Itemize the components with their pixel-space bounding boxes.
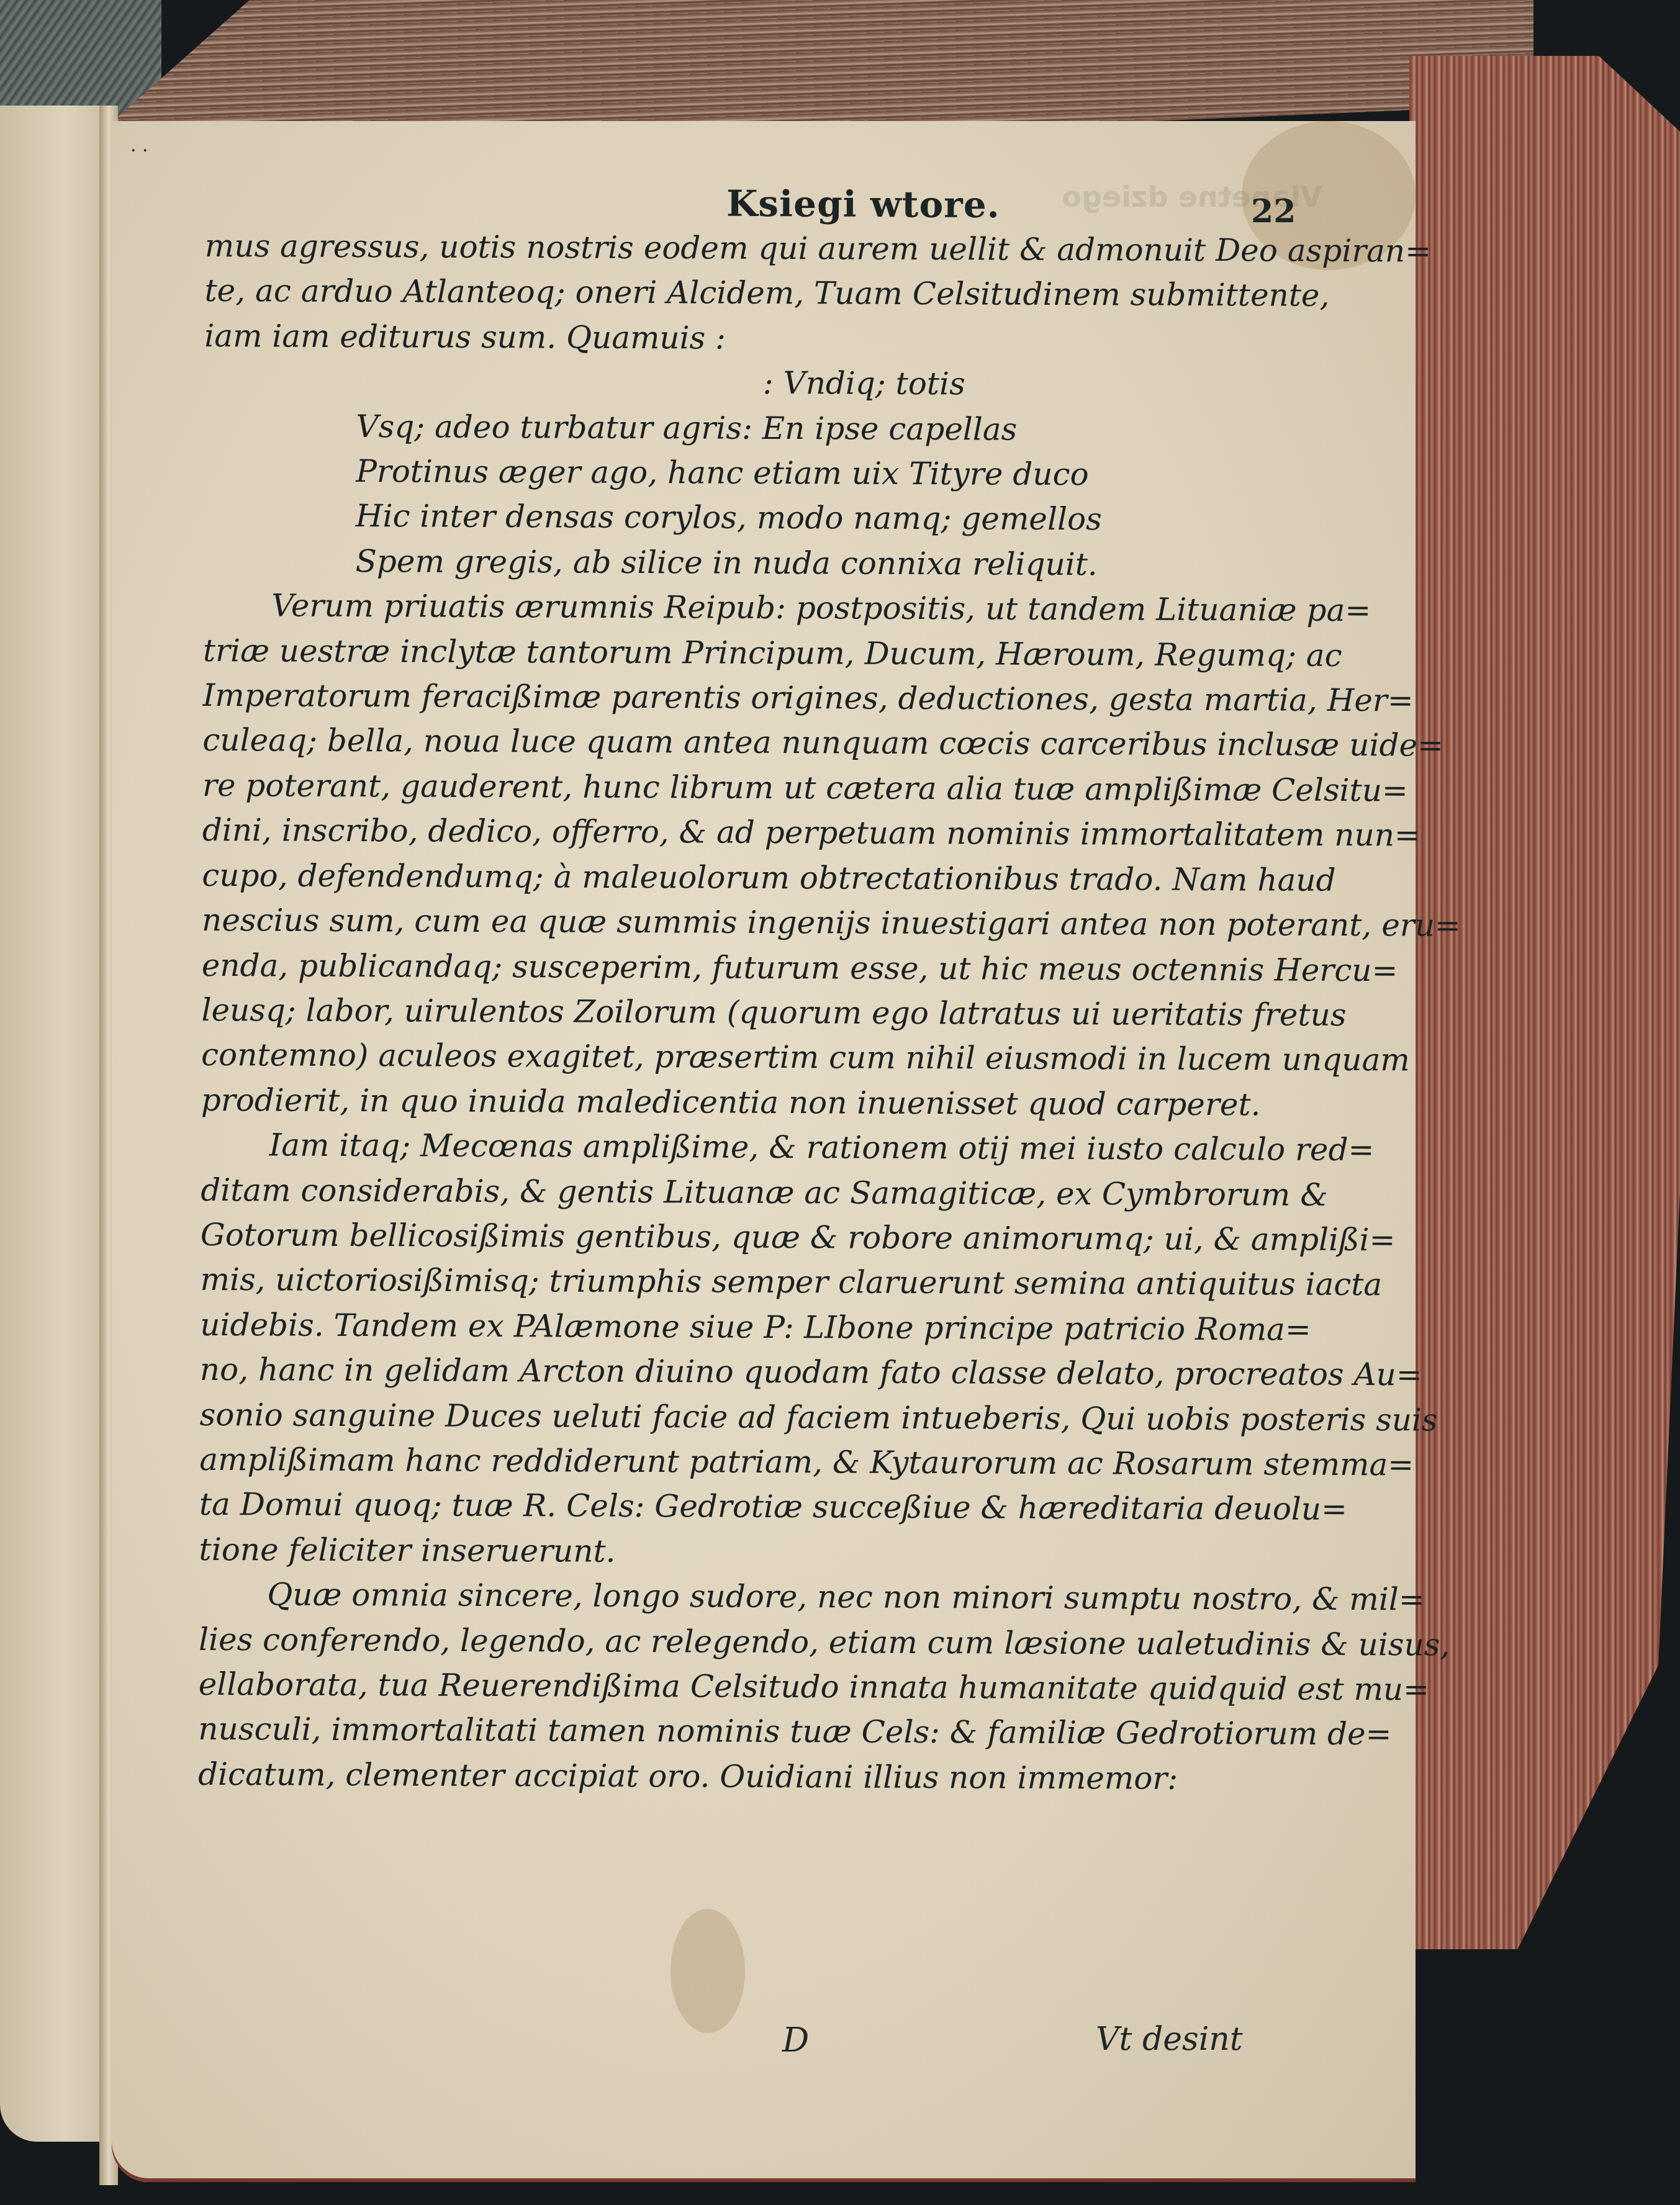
text-line: uidebis. Tandem ex PAlæmone siue P: LIbo…	[200, 1302, 1246, 1352]
text-line: Gotorum bellicosißimis gentibus, quæ & r…	[201, 1212, 1247, 1262]
text-line: mus agressus, uotis nostris eodem qui au…	[205, 223, 1251, 273]
text-line: sonio sanguine Duces ueluti facie ad fac…	[199, 1392, 1245, 1442]
text-line: Vsq; adeo turbatur agris: En ipse capell…	[204, 404, 1250, 453]
text-line: no, hanc in gelidam Arcton diuino quodam…	[200, 1347, 1246, 1397]
text-line: leusq; labor, uirulentos Zoilorum (quoru…	[201, 988, 1247, 1037]
text-line: ellaborata, tua Reuerendißima Celsitudo …	[199, 1662, 1245, 1711]
text-line: iam iam editurus sum. Quamuis :	[204, 313, 1250, 363]
text-line: re poterant, gauderent, hunc librum ut c…	[202, 763, 1249, 813]
text-line: dini, inscribo, dedico, offerro, & ad pe…	[202, 808, 1249, 857]
text-line: te, ac arduo Atlanteoq; oneri Alcidem, T…	[204, 268, 1250, 318]
text-line: prodierit, in quo inuida maledicentia no…	[201, 1078, 1247, 1127]
text-line: dicatum, clementer accipiat oro. Ouidian…	[198, 1752, 1244, 1801]
catchword: Vt desint	[1096, 2021, 1243, 2058]
text-line: mis, uictoriosißimisq; triumphis semper …	[200, 1257, 1246, 1307]
text-line: tione feliciter inseruerunt.	[199, 1527, 1245, 1577]
text-line: Imperatorum feracißimæ parentis origines…	[203, 673, 1249, 723]
text-line: Spem gregis, ab silice in nuda connixa r…	[203, 538, 1249, 588]
text-line: culeaq; bella, noua luce quam antea nunq…	[202, 718, 1249, 767]
text-line: Verum priuatis ærumnis Reipub: postposit…	[203, 583, 1249, 633]
text-line: Protinus æger ago, hanc etiam uix Tityre…	[204, 448, 1250, 498]
text-line: Hic inter densas corylos, modo namq; gem…	[204, 493, 1250, 543]
folio-number: 22	[1251, 192, 1296, 230]
text-line: nusculi, immortalitati tamen nominis tuæ…	[198, 1707, 1244, 1756]
recto-page: Vlanetne dziego · · Ksiegi wtore. 22 mus…	[112, 121, 1416, 2182]
margin-marks: · ·	[130, 140, 148, 161]
ink-stain	[671, 1909, 745, 2033]
text-line: Iam itaq; Mecœnas amplißime, & rationem …	[201, 1122, 1247, 1172]
verso-page-edge	[0, 106, 109, 2142]
running-head: Ksiegi wtore.	[726, 183, 1000, 226]
text-line: amplißimam hanc reddiderunt patriam, & K…	[199, 1437, 1245, 1487]
text-line: cupo, defendendumq; à maleuolorum obtrec…	[202, 853, 1248, 903]
text-line: contemno) aculeos exagitet, præsertim cu…	[201, 1032, 1247, 1082]
text-line: ditam considerabis, & gentis Lituanæ ac …	[201, 1168, 1247, 1217]
body-text: mus agressus, uotis nostris eodem qui au…	[198, 223, 1251, 1801]
text-line: lies conferendo, legendo, ac relegendo, …	[199, 1617, 1245, 1667]
text-line: nescius sum, cum ea quæ summis ingenijs …	[202, 898, 1248, 947]
text-line: enda, publicandaq; susceperim, futurum e…	[202, 942, 1248, 992]
text-line: triæ uestræ inclytæ tantorum Principum, …	[203, 628, 1249, 678]
fore-edge-stack	[1409, 56, 1680, 1949]
text-line: : Vndiq; totis	[204, 358, 1250, 408]
signature-mark: D	[782, 2021, 809, 2060]
text-line: Quæ omnia sincere, longo sudore, nec non…	[199, 1572, 1245, 1621]
text-line: ta Domui quoq; tuæ R. Cels: Gedrotiæ suc…	[199, 1482, 1245, 1531]
